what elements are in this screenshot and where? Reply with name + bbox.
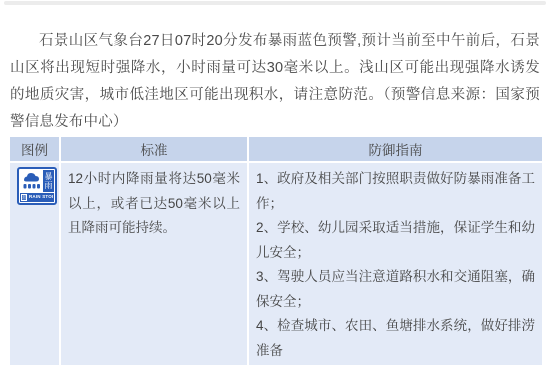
guide-item-3: 3、驾驶人员应当注意道路积水和交通阻塞，确保安全； [256,265,535,314]
col-header-legend: 图例 [10,137,59,161]
top-divider [4,1,546,5]
warning-table: 图例 标准 防御指南 暴雨 [8,135,544,365]
warning-level-bar: 蓝 RAIN STORM [20,193,54,202]
warning-english-label: RAIN STORM [29,185,53,210]
guide-item-2: 2、学校、幼儿园采取适当措施，保证学生和幼儿安全； [256,216,535,265]
guide-cell: 1、政府及相关部门按照职责做好防暴雨准备工作； 2、学校、幼儿园采取适当措施，保… [249,163,542,365]
guide-item-1: 1、政府及相关部门按照职责做好防暴雨准备工作； [256,167,535,216]
guide-item-4: 4、检查城市、农田、鱼塘排水系统，做好排涝准备 [256,314,535,363]
warning-level-char: 蓝 [21,194,27,201]
legend-cell: 暴雨 蓝 RAIN STORM [10,163,59,365]
table-header-row: 图例 标准 防御指南 [10,137,542,161]
table-row: 暴雨 蓝 RAIN STORM 12小时内降雨量将达50毫米以上，或者已达50毫… [10,163,542,365]
col-header-guide: 防御指南 [249,137,542,161]
standard-cell: 12小时内降雨量将达50毫米以上，或者已达50毫米以上且降雨可能持续。 [61,163,247,365]
rainstorm-blue-warning-icon: 暴雨 蓝 RAIN STORM [17,167,57,205]
warning-text-paragraph: 石景山区气象台27日07时20分发布暴雨蓝色预警,预计当前至中午前后，石景山区将… [10,28,540,136]
col-header-standard: 标准 [61,137,247,161]
